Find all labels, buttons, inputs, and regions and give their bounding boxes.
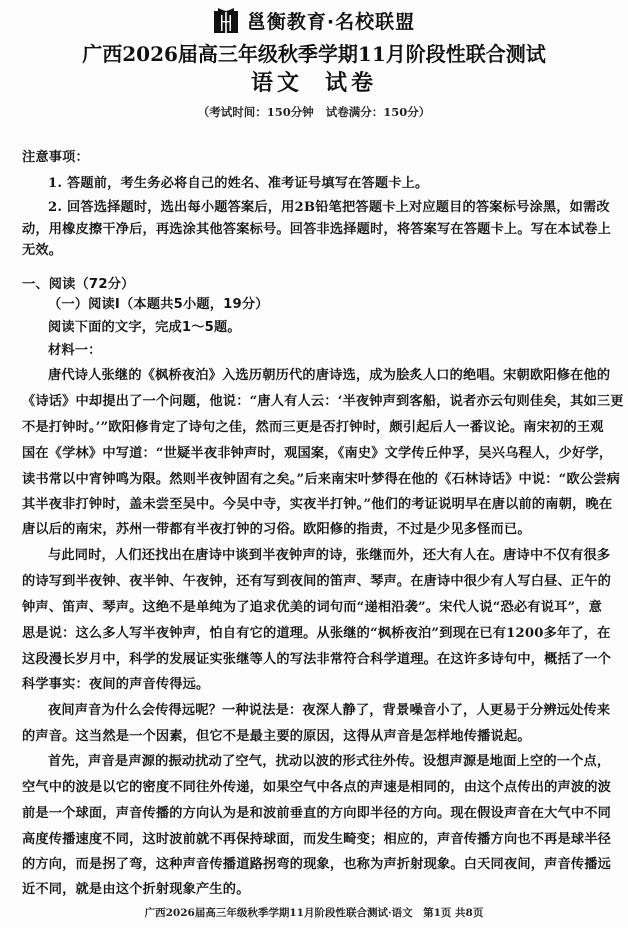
paper-title: 语文试卷 <box>0 66 628 97</box>
subject-label: 语文 <box>251 71 303 96</box>
notice-item-continued: 动，用橡皮擦干净后，再选涂其他答案标号。回答非选择题时，将答案写在答题卡上。写在… <box>22 222 606 238</box>
exam-score: 试卷满分：150分） <box>326 105 431 119</box>
passage-line: 的诗写到半夜钟、夜半钟、午夜钟，还有写到夜间的笛声、琴声。在唐诗中很少有人写白昼… <box>22 574 606 590</box>
exam-page: 邕衡教育·名校联盟 广西2026届高三年级秋季学期11月阶段性联合测试 语文试卷… <box>0 0 628 928</box>
exam-meta: （考试时间：150分钟试卷满分：150分） <box>0 104 628 120</box>
passage-line: 的方向，而是拐了弯，这种声音传播道路拐弯的现象，也称为声折射现象。白天同夜间，声… <box>22 857 606 873</box>
notice-title: 注意事项： <box>22 150 606 166</box>
exam-title: 广西2026届高三年级秋季学期11月阶段性联合测试 <box>0 38 628 67</box>
brand-name: 邕衡教育·名校联盟 <box>247 7 415 34</box>
book-icon <box>213 6 239 34</box>
passage-line: 前是一个球面，声音传播的方向认为是和波前垂直的方向即半径的方向。现在假设声音在大… <box>22 806 606 822</box>
passage-line: 科学事实：夜间的声音传得远。 <box>22 677 606 693</box>
notice-item-continued: 无效。 <box>22 243 606 259</box>
passage-line: 思是说：这么多人写半夜钟声，怕自有它的道理。从张继的“枫桥夜泊”到现在已有120… <box>22 626 606 642</box>
passage-line: 高度传播速度不同，这时波前就不再保持球面，而发生畸变；相应的，声音传播方向也不再… <box>22 832 606 848</box>
passage-line: 《诗话》中却提出了一个问题，他说：“唐人有人云：‘半夜钟声到客船，说者亦云句则佳… <box>22 394 606 410</box>
passage-line: 空气中的波是以它的密度不同往外传递，如果空气中各点的声速是相同的，由这个点传出的… <box>22 780 606 796</box>
brand-header: 邕衡教育·名校联盟 <box>0 6 628 34</box>
passage-line: 钟声、笛声、琴声。这绝不是单纯为了追求优美的词句而“递相沿袭”。宋代人说“恐必有… <box>22 600 606 616</box>
passage-line: 首先，声音是声源的振动扰动了空气，扰动以波的形式往外传。设想声源是地面上空的一个… <box>48 754 606 770</box>
notice-item: 2. 回答选择题时，选出每小题答案后，用2B铅笔把答题卡上对应题目的答案标号涂黑… <box>48 200 606 216</box>
notice-item: 1. 答题前，考生务必将自己的姓名、准考证号填写在答题卡上。 <box>48 176 606 192</box>
exam-time: （考试时间：150分钟 <box>198 105 314 119</box>
paper-label: 试卷 <box>325 71 377 96</box>
section-title: 一、阅读（72分） <box>22 277 606 293</box>
page-footer: 广西2026届高三年级秋季学期11月阶段性联合测试·语文 第1页 共8页 <box>0 905 628 920</box>
passage-line: 国在《学林》中写道：“世疑半夜非钟声时，观国案，《南史》文学传丘仲孚，吴兴乌程人… <box>22 446 606 462</box>
passage-line: 的声音。这当然是一个因素，但它不是最主要的原因，这得从声音是怎样地传播说起。 <box>22 729 606 745</box>
passage-line: 不是打钟时。’”欧阳修肯定了诗句之佳，然而三更是否打钟时，颇引起后人一番议论。南… <box>22 420 606 436</box>
material-label: 材料一： <box>48 343 606 359</box>
reading-instruction: 阅读下面的文字，完成1～5题。 <box>48 320 606 336</box>
passage-line: 这段漫长岁月中，科学的发展证实张继等人的写法非常符合科学道理。在这许多诗句中，概… <box>22 652 606 668</box>
subsection-title: （一）阅读Ⅰ（本题共5小题，19分） <box>48 297 606 313</box>
passage-line: 唐代诗人张继的《枫桥夜泊》入选历朝历代的唐诗选，成为脍炙人口的绝唱。宋朝欧阳修在… <box>48 368 606 384</box>
passage-line: 近不同，就是由这个折射现象产生的。 <box>22 882 606 898</box>
passage-line: 唐以后的南宋，苏州一带都有半夜打钟的习俗。欧阳修的指责，不过是少见多怪而已。 <box>22 522 606 538</box>
passage-line: 与此同时，人们还找出在唐诗中谈到半夜钟声的诗，张继而外，还大有人在。唐诗中不仅有… <box>48 548 606 564</box>
passage-line: 读书常以中宵钟鸣为限。然则半夜钟固有之矣。”后来南宋叶梦得在他的《石林诗话》中说… <box>22 472 606 488</box>
passage-line: 其半夜非打钟时，盖未尝至吴中。今吴中寺，实夜半打钟。”他们的考证说明早在唐以前的… <box>22 497 606 513</box>
passage-line: 夜间声音为什么会传得远呢？一种说法是：夜深人静了，背景噪音小了，人更易于分辨远处… <box>48 703 606 719</box>
